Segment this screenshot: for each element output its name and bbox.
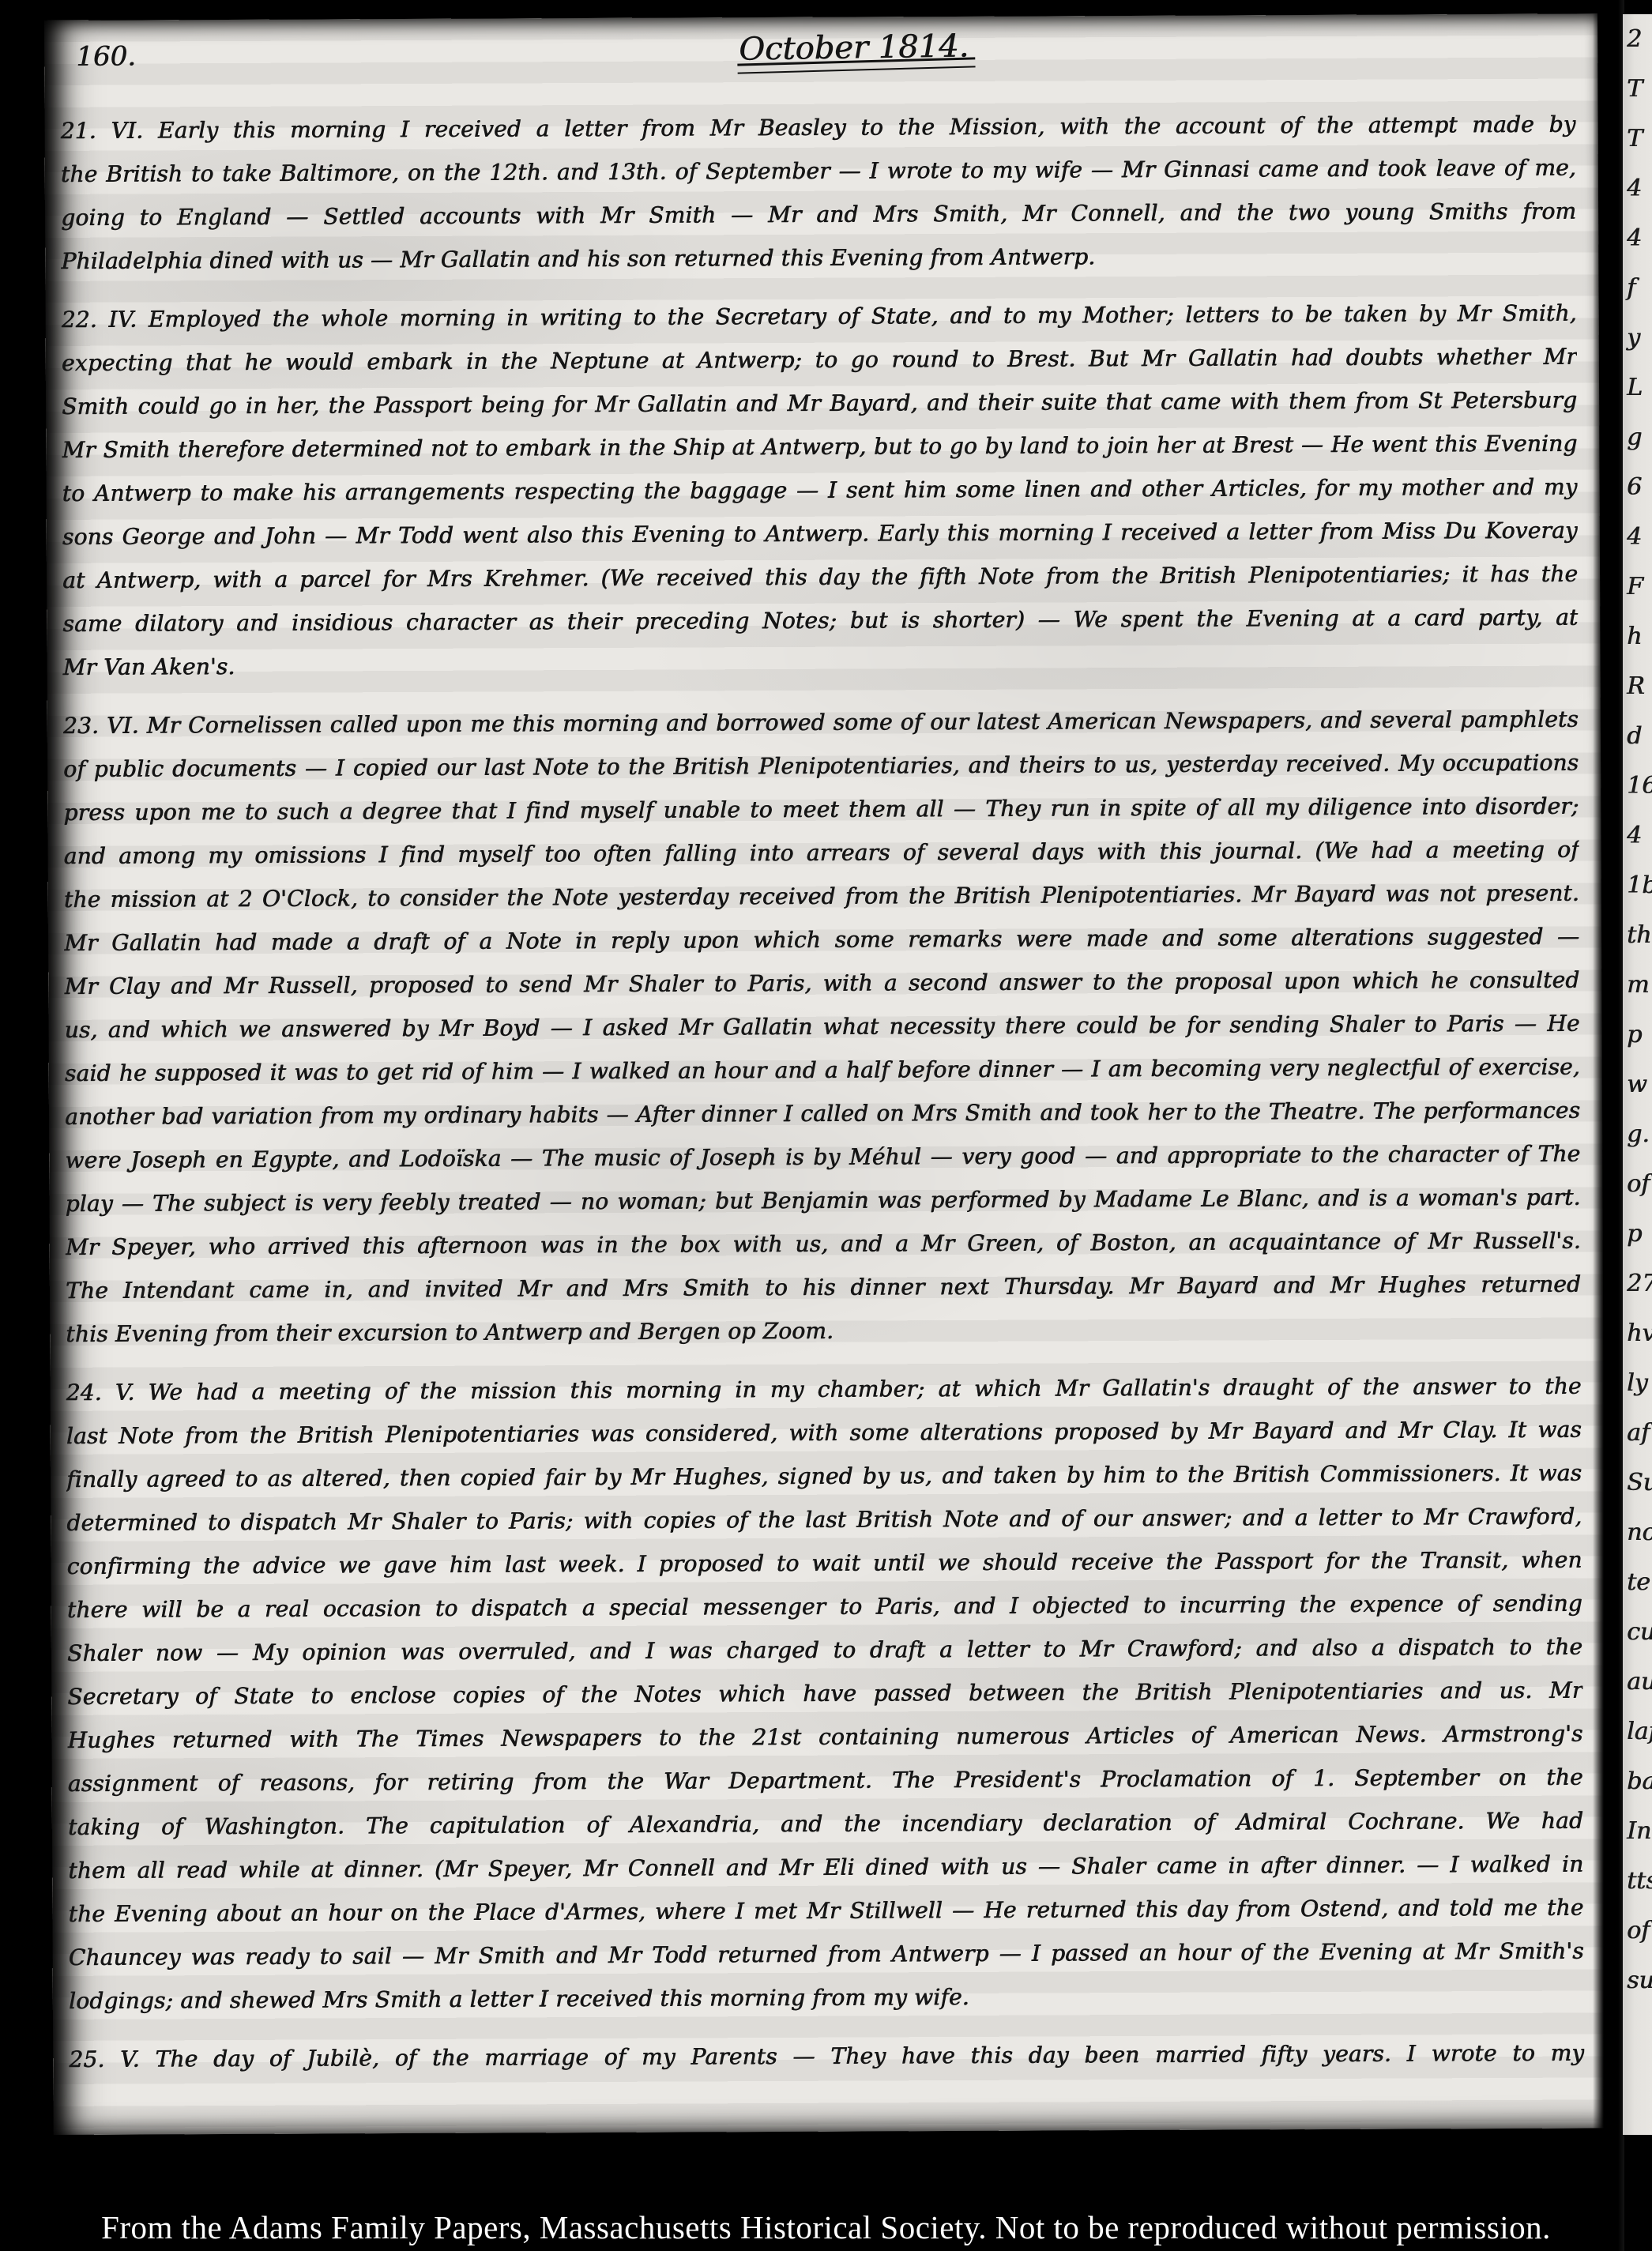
manuscript-line: us, and which we answered by Mr Boyd — I… <box>64 1002 1579 1052</box>
manuscript-line: and among my omissions I find myself too… <box>63 828 1579 878</box>
manuscript-line: 24. V. We had a meeting of the mission t… <box>66 1365 1581 1414</box>
sliver-fragment: h <box>1623 612 1652 661</box>
manuscript-line: assignment of reasons, for retiring from… <box>68 1756 1583 1805</box>
manuscript-line: Mr Smith therefore determined not to emb… <box>62 422 1577 472</box>
sliver-fragment: m <box>1623 960 1652 1010</box>
manuscript-line: Chauncey was ready to sail — Mr Smith an… <box>69 1929 1584 1979</box>
manuscript-line: 23. VI. Mr Cornelissen called upon me th… <box>63 698 1579 747</box>
sliver-fragment: cu <box>1623 1607 1652 1657</box>
sliver-fragment: w <box>1623 1060 1652 1109</box>
adjacent-page-sliver: 2TT44fyLg64FhRd1641bthmpwg.ofp27.hvlyafS… <box>1623 14 1652 2135</box>
diary-entry: 21. VI. Early this morning I received a … <box>60 103 1576 283</box>
manuscript-line: Smith could go in her, the Passport bein… <box>62 378 1577 428</box>
manuscript-line: determined to dispatch Mr Shaler to Pari… <box>66 1495 1582 1545</box>
sliver-fragment: d <box>1623 711 1652 761</box>
sliver-fragment: 4 <box>1623 164 1652 213</box>
manuscript-line: of public documents — I copied our last … <box>63 741 1579 791</box>
sliver-fragment: hv <box>1623 1308 1652 1358</box>
diary-entry: 23. VI. Mr Cornelissen called upon me th… <box>63 698 1582 1356</box>
sliver-fragment: L <box>1623 363 1652 412</box>
manuscript-line: play — The subject is very feebly treate… <box>65 1176 1580 1225</box>
manuscript-line: lodgings; and shewed Mrs Smith a letter … <box>69 1973 1584 2023</box>
manuscript-line: at Antwerp, with a parcel for Mrs Krehme… <box>62 552 1578 602</box>
manuscript-line: were Joseph en Egypte, and Lodoïska — Th… <box>65 1132 1580 1182</box>
sliver-fragment: p <box>1623 1209 1652 1259</box>
sliver-fragment: 4 <box>1623 213 1652 263</box>
manuscript-line: this Evening from their excursion to Ant… <box>66 1306 1581 1356</box>
sliver-fragment: tts <box>1623 1856 1652 1906</box>
book-gutter <box>1593 0 1624 2251</box>
sliver-fragment: 4 <box>1623 811 1652 860</box>
manuscript-line: Shaler now — My opinion was overruled, a… <box>67 1625 1582 1675</box>
diary-entry: 25. V. The day of Jubilè, of the marriag… <box>69 2031 1584 2081</box>
manuscript-line: taking of Washington. The capitulation o… <box>68 1799 1583 1849</box>
manuscript-line: the Evening about an hour on the Place d… <box>68 1886 1583 1936</box>
sliver-fragment: 6 <box>1623 462 1652 512</box>
diary-lines: 21. VI. Early this morning I received a … <box>60 103 1584 2081</box>
sliver-fragment: 2 <box>1623 14 1652 64</box>
page-number: 160. <box>76 40 136 72</box>
sliver-fragment: no <box>1623 1508 1652 1557</box>
sliver-fragment: of <box>1623 1159 1652 1209</box>
sliver-fragment: te <box>1623 1557 1652 1607</box>
manuscript-line: Mr Gallatin had made a draft of a Note i… <box>64 915 1579 965</box>
sliver-fragment: F <box>1623 562 1652 612</box>
archive-caption: From the Adams Family Papers, Massachuse… <box>0 2208 1652 2246</box>
sliver-fragment: af <box>1623 1408 1652 1458</box>
sliver-fragment: laf <box>1623 1707 1652 1756</box>
manuscript-page: 160. October 1814. 21. VI. Early this mo… <box>44 13 1607 2135</box>
manuscript-line: finally agreed to as altered, then copie… <box>66 1451 1582 1501</box>
manuscript-line: Mr Clay and Mr Russell, proposed to send… <box>64 958 1579 1008</box>
sliver-fragment: 16 <box>1623 761 1652 811</box>
sliver-fragment: f <box>1623 263 1652 313</box>
manuscript-line: The Intendant came in, and invited Mr an… <box>66 1263 1581 1312</box>
manuscript-line: Mr Speyer, who arrived this afternoon wa… <box>66 1219 1581 1269</box>
manuscript-line: going to England — Settled accounts with… <box>61 190 1576 239</box>
manuscript-line: expecting that he would embark in the Ne… <box>62 335 1577 385</box>
manuscript-line: press upon me to such a degree that I fi… <box>63 785 1579 834</box>
sliver-fragment: Int <box>1623 1806 1652 1856</box>
manuscript-line: the mission at 2 O'Clock, to consider th… <box>64 871 1579 921</box>
manuscript-line: same dilatory and insidious character as… <box>62 596 1578 646</box>
manuscript-line: 21. VI. Early this morning I received a … <box>60 103 1575 152</box>
manuscript-line: to Antwerp to make his arrangements resp… <box>62 465 1577 515</box>
manuscript-line: Hughes returned with The Times Newspaper… <box>67 1712 1582 1762</box>
manuscript-line: said he supposed it was to get rid of hi… <box>65 1045 1580 1095</box>
manuscript-line: Philadelphia dined with us — Mr Gallatin… <box>61 233 1576 283</box>
sliver-fragment: p <box>1623 1010 1652 1060</box>
manuscript-line: the British to take Baltimore, on the 12… <box>61 146 1576 196</box>
sliver-fragment: 27. <box>1623 1259 1652 1308</box>
manuscript-line: Secretary of State to enclose copies of … <box>67 1669 1582 1718</box>
diary-entry: 24. V. We had a meeting of the mission t… <box>66 1365 1584 2023</box>
sliver-fragment: g <box>1623 412 1652 462</box>
sliver-fragment: sup <box>1623 1956 1652 2005</box>
sliver-fragment: y <box>1623 313 1652 363</box>
sliver-fragment: ly <box>1623 1358 1652 1408</box>
sliver-fragment: ba <box>1623 1756 1652 1806</box>
manuscript-line: another bad variation from my ordinary h… <box>65 1089 1580 1139</box>
sliver-fragment: 1b <box>1623 860 1652 910</box>
sliver-fragment: au <box>1623 1657 1652 1707</box>
sliver-fragment: th <box>1623 910 1652 960</box>
sliver-fragment: g. <box>1623 1109 1652 1159</box>
manuscript-line: last Note from the British Plenipotentia… <box>66 1408 1582 1458</box>
manuscript-line: 22. IV. Employed the whole morning in wr… <box>62 292 1577 341</box>
sliver-fragment: T <box>1623 64 1652 114</box>
manuscript-line: Mr Van Aken's. <box>62 639 1578 689</box>
diary-entry: 22. IV. Employed the whole morning in wr… <box>62 292 1579 689</box>
sliver-fragment: T <box>1623 114 1652 164</box>
month-header: October 1814. <box>736 28 976 72</box>
manuscript-line: there will be a real occasion to dispatc… <box>67 1582 1582 1632</box>
sliver-fragment: 4 <box>1623 512 1652 562</box>
manuscript-line: them all read while at dinner. (Mr Speye… <box>68 1843 1583 1892</box>
manuscript-line: sons George and John — Mr Todd went also… <box>62 509 1578 559</box>
sliver-fragment: R <box>1623 661 1652 711</box>
manuscript-line: 25. V. The day of Jubilè, of the marriag… <box>69 2031 1584 2081</box>
sliver-fragment: of l <box>1623 1906 1652 1956</box>
sliver-fragment: Su <box>1623 1458 1652 1508</box>
manuscript-line: confirming the advice we gave him last w… <box>66 1538 1582 1588</box>
